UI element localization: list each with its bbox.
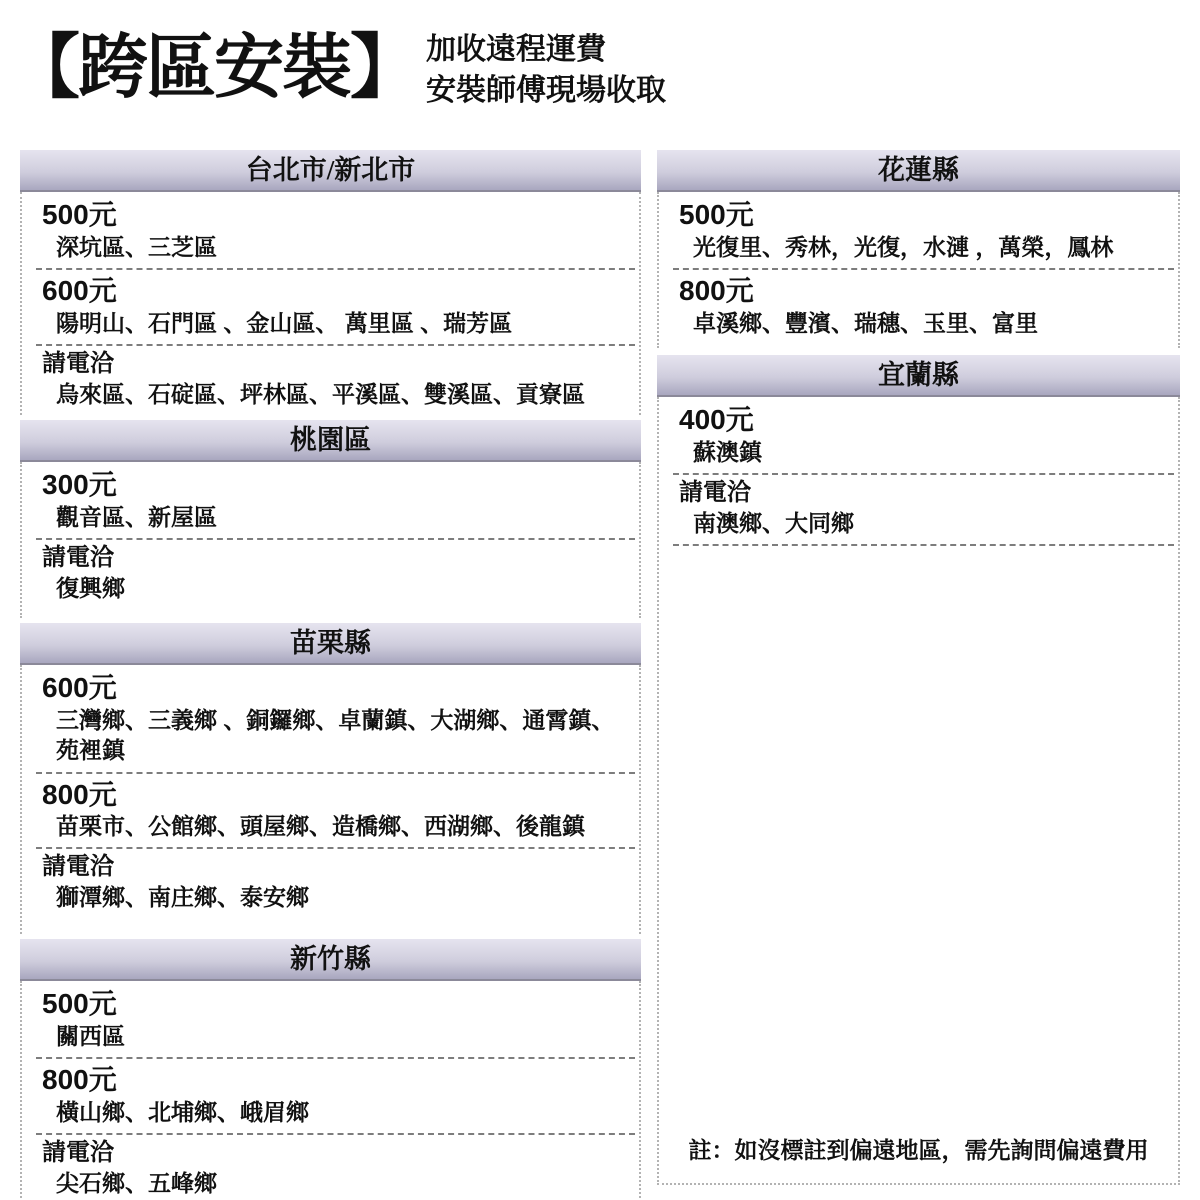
fee-group: 請電洽 獅潭鄉、南庄鄉、泰安鄉 bbox=[36, 849, 635, 918]
fee-label: 請電洽 bbox=[36, 1139, 635, 1168]
fee-label: 600元 bbox=[36, 274, 635, 308]
section-header: 桃園區 bbox=[20, 420, 641, 462]
fee-areas: 橫山鄉、北埔鄉、峨眉鄉 bbox=[36, 1097, 635, 1127]
fee-label: 600元 bbox=[36, 671, 635, 705]
fee-label: 請電洽 bbox=[36, 350, 635, 379]
section-header: 花蓮縣 bbox=[657, 150, 1180, 192]
fee-areas: 關西區 bbox=[36, 1021, 635, 1051]
subtitle-line-1: 加收遠程運費 bbox=[426, 30, 666, 71]
fee-areas: 深坑區、三芝區 bbox=[36, 232, 635, 262]
fee-areas: 烏來區、石碇區、坪林區、平溪區、雙溪區、貢寮區 bbox=[36, 379, 635, 409]
fee-label: 請電洽 bbox=[673, 479, 1174, 508]
section-body: 400元 蘇澳鎮 請電洽 南澳鄉、大同鄉 註：如沒標註到偏遠地區，需先詢問偏遠費… bbox=[657, 397, 1180, 1185]
column-right: 花蓮縣 500元 光復里、秀林，光復，水漣 ，萬榮，鳳林 800元 卓溪鄉、豐濱… bbox=[657, 150, 1180, 1185]
title-block: 【跨區安裝】 加收遠程運費 安裝師傅現場收取 bbox=[10, 26, 666, 111]
fee-group: 請電洽 復興鄉 bbox=[36, 540, 635, 609]
fee-group: 請電洽 烏來區、石碇區、坪林區、平溪區、雙溪區、貢寮區 bbox=[36, 346, 635, 415]
fee-areas: 苗栗市、公館鄉、頭屋鄉、造橋鄉、西湖鄉、後龍鎮 bbox=[36, 811, 635, 841]
fee-areas: 復興鄉 bbox=[36, 573, 635, 603]
fee-areas: 蘇澳鎮 bbox=[673, 437, 1174, 467]
subtitle-line-2: 安裝師傅現場收取 bbox=[426, 71, 666, 112]
section-body: 300元 觀音區、新屋區 請電洽 復興鄉 bbox=[20, 462, 641, 618]
section-header: 宜蘭縣 bbox=[657, 355, 1180, 397]
fee-label: 800元 bbox=[36, 778, 635, 812]
footnote: 註：如沒標註到偏遠地區，需先詢問偏遠費用 bbox=[659, 1132, 1178, 1165]
page-subtitle: 加收遠程運費 安裝師傅現場收取 bbox=[426, 26, 666, 111]
fee-areas: 觀音區、新屋區 bbox=[36, 502, 635, 532]
page-title: 【跨區安裝】 bbox=[10, 32, 418, 106]
fee-areas: 獅潭鄉、南庄鄉、泰安鄉 bbox=[36, 882, 635, 912]
fee-group: 請電洽 尖石鄉、五峰鄉 bbox=[36, 1135, 635, 1200]
fee-areas: 三灣鄉、三義鄉 、銅鑼鄉、卓蘭鎮、大湖鄉、通霄鎮、苑裡鎮 bbox=[36, 705, 635, 766]
fee-label: 300元 bbox=[36, 468, 635, 502]
fee-label: 800元 bbox=[36, 1063, 635, 1097]
section-body: 500元 光復里、秀林，光復，水漣 ，萬榮，鳳林 800元 卓溪鄉、豐濱、瑞穗、… bbox=[657, 192, 1180, 348]
fee-label: 500元 bbox=[36, 987, 635, 1021]
section-header: 苗栗縣 bbox=[20, 623, 641, 665]
fee-group: 請電洽 南澳鄉、大同鄉 bbox=[673, 475, 1174, 546]
section-body: 600元 三灣鄉、三義鄉 、銅鑼鄉、卓蘭鎮、大湖鄉、通霄鎮、苑裡鎮 800元 苗… bbox=[20, 665, 641, 934]
fee-group: 800元 苗栗市、公館鄉、頭屋鄉、造橋鄉、西湖鄉、後龍鎮 bbox=[36, 774, 635, 850]
section-hualien: 花蓮縣 500元 光復里、秀林，光復，水漣 ，萬榮，鳳林 800元 卓溪鄉、豐濱… bbox=[657, 150, 1180, 348]
fee-group: 600元 三灣鄉、三義鄉 、銅鑼鄉、卓蘭鎮、大湖鄉、通霄鎮、苑裡鎮 bbox=[36, 667, 635, 773]
fee-label: 400元 bbox=[673, 403, 1174, 437]
fee-label: 500元 bbox=[673, 198, 1174, 232]
section-hsinchu: 新竹縣 500元 關西區 800元 橫山鄉、北埔鄉、峨眉鄉 請電洽 尖石鄉、五峰… bbox=[20, 939, 641, 1200]
fee-group: 300元 觀音區、新屋區 bbox=[36, 464, 635, 540]
fee-group: 800元 橫山鄉、北埔鄉、峨眉鄉 bbox=[36, 1059, 635, 1135]
fee-areas: 尖石鄉、五峰鄉 bbox=[36, 1168, 635, 1198]
section-yilan: 宜蘭縣 400元 蘇澳鎮 請電洽 南澳鄉、大同鄉 註：如沒標註到偏遠地區，需先詢… bbox=[657, 355, 1180, 1185]
section-taipei-newtaipei: 台北市/新北市 500元 深坑區、三芝區 600元 陽明山、石門區 、金山區、 … bbox=[20, 150, 641, 415]
fee-group: 600元 陽明山、石門區 、金山區、 萬里區 、瑞芳區 bbox=[36, 270, 635, 346]
section-header: 台北市/新北市 bbox=[20, 150, 641, 192]
fee-group: 500元 深坑區、三芝區 bbox=[36, 194, 635, 270]
section-taoyuan: 桃園區 300元 觀音區、新屋區 請電洽 復興鄉 bbox=[20, 420, 641, 618]
section-header: 新竹縣 bbox=[20, 939, 641, 981]
column-left: 台北市/新北市 500元 深坑區、三芝區 600元 陽明山、石門區 、金山區、 … bbox=[20, 150, 641, 1200]
fee-label: 請電洽 bbox=[36, 544, 635, 573]
fee-label: 請電洽 bbox=[36, 853, 635, 882]
section-body: 500元 關西區 800元 橫山鄉、北埔鄉、峨眉鄉 請電洽 尖石鄉、五峰鄉 bbox=[20, 981, 641, 1200]
fee-group: 800元 卓溪鄉、豐濱、瑞穗、玉里、富里 bbox=[673, 270, 1174, 344]
fee-group: 400元 蘇澳鎮 bbox=[673, 399, 1174, 475]
fee-areas: 陽明山、石門區 、金山區、 萬里區 、瑞芳區 bbox=[36, 308, 635, 338]
fee-areas: 光復里、秀林，光復，水漣 ，萬榮，鳳林 bbox=[673, 232, 1174, 262]
section-body: 500元 深坑區、三芝區 600元 陽明山、石門區 、金山區、 萬里區 、瑞芳區… bbox=[20, 192, 641, 415]
fee-areas: 南澳鄉、大同鄉 bbox=[673, 508, 1174, 538]
section-miaoli: 苗栗縣 600元 三灣鄉、三義鄉 、銅鑼鄉、卓蘭鎮、大湖鄉、通霄鎮、苑裡鎮 80… bbox=[20, 623, 641, 934]
fee-label: 500元 bbox=[36, 198, 635, 232]
fee-areas: 卓溪鄉、豐濱、瑞穗、玉里、富里 bbox=[673, 308, 1174, 338]
fee-group: 500元 光復里、秀林，光復，水漣 ，萬榮，鳳林 bbox=[673, 194, 1174, 270]
fee-label: 800元 bbox=[673, 274, 1174, 308]
fee-group: 500元 關西區 bbox=[36, 983, 635, 1059]
page: 【跨區安裝】 加收遠程運費 安裝師傅現場收取 台北市/新北市 500元 深坑區、… bbox=[0, 0, 1200, 1200]
